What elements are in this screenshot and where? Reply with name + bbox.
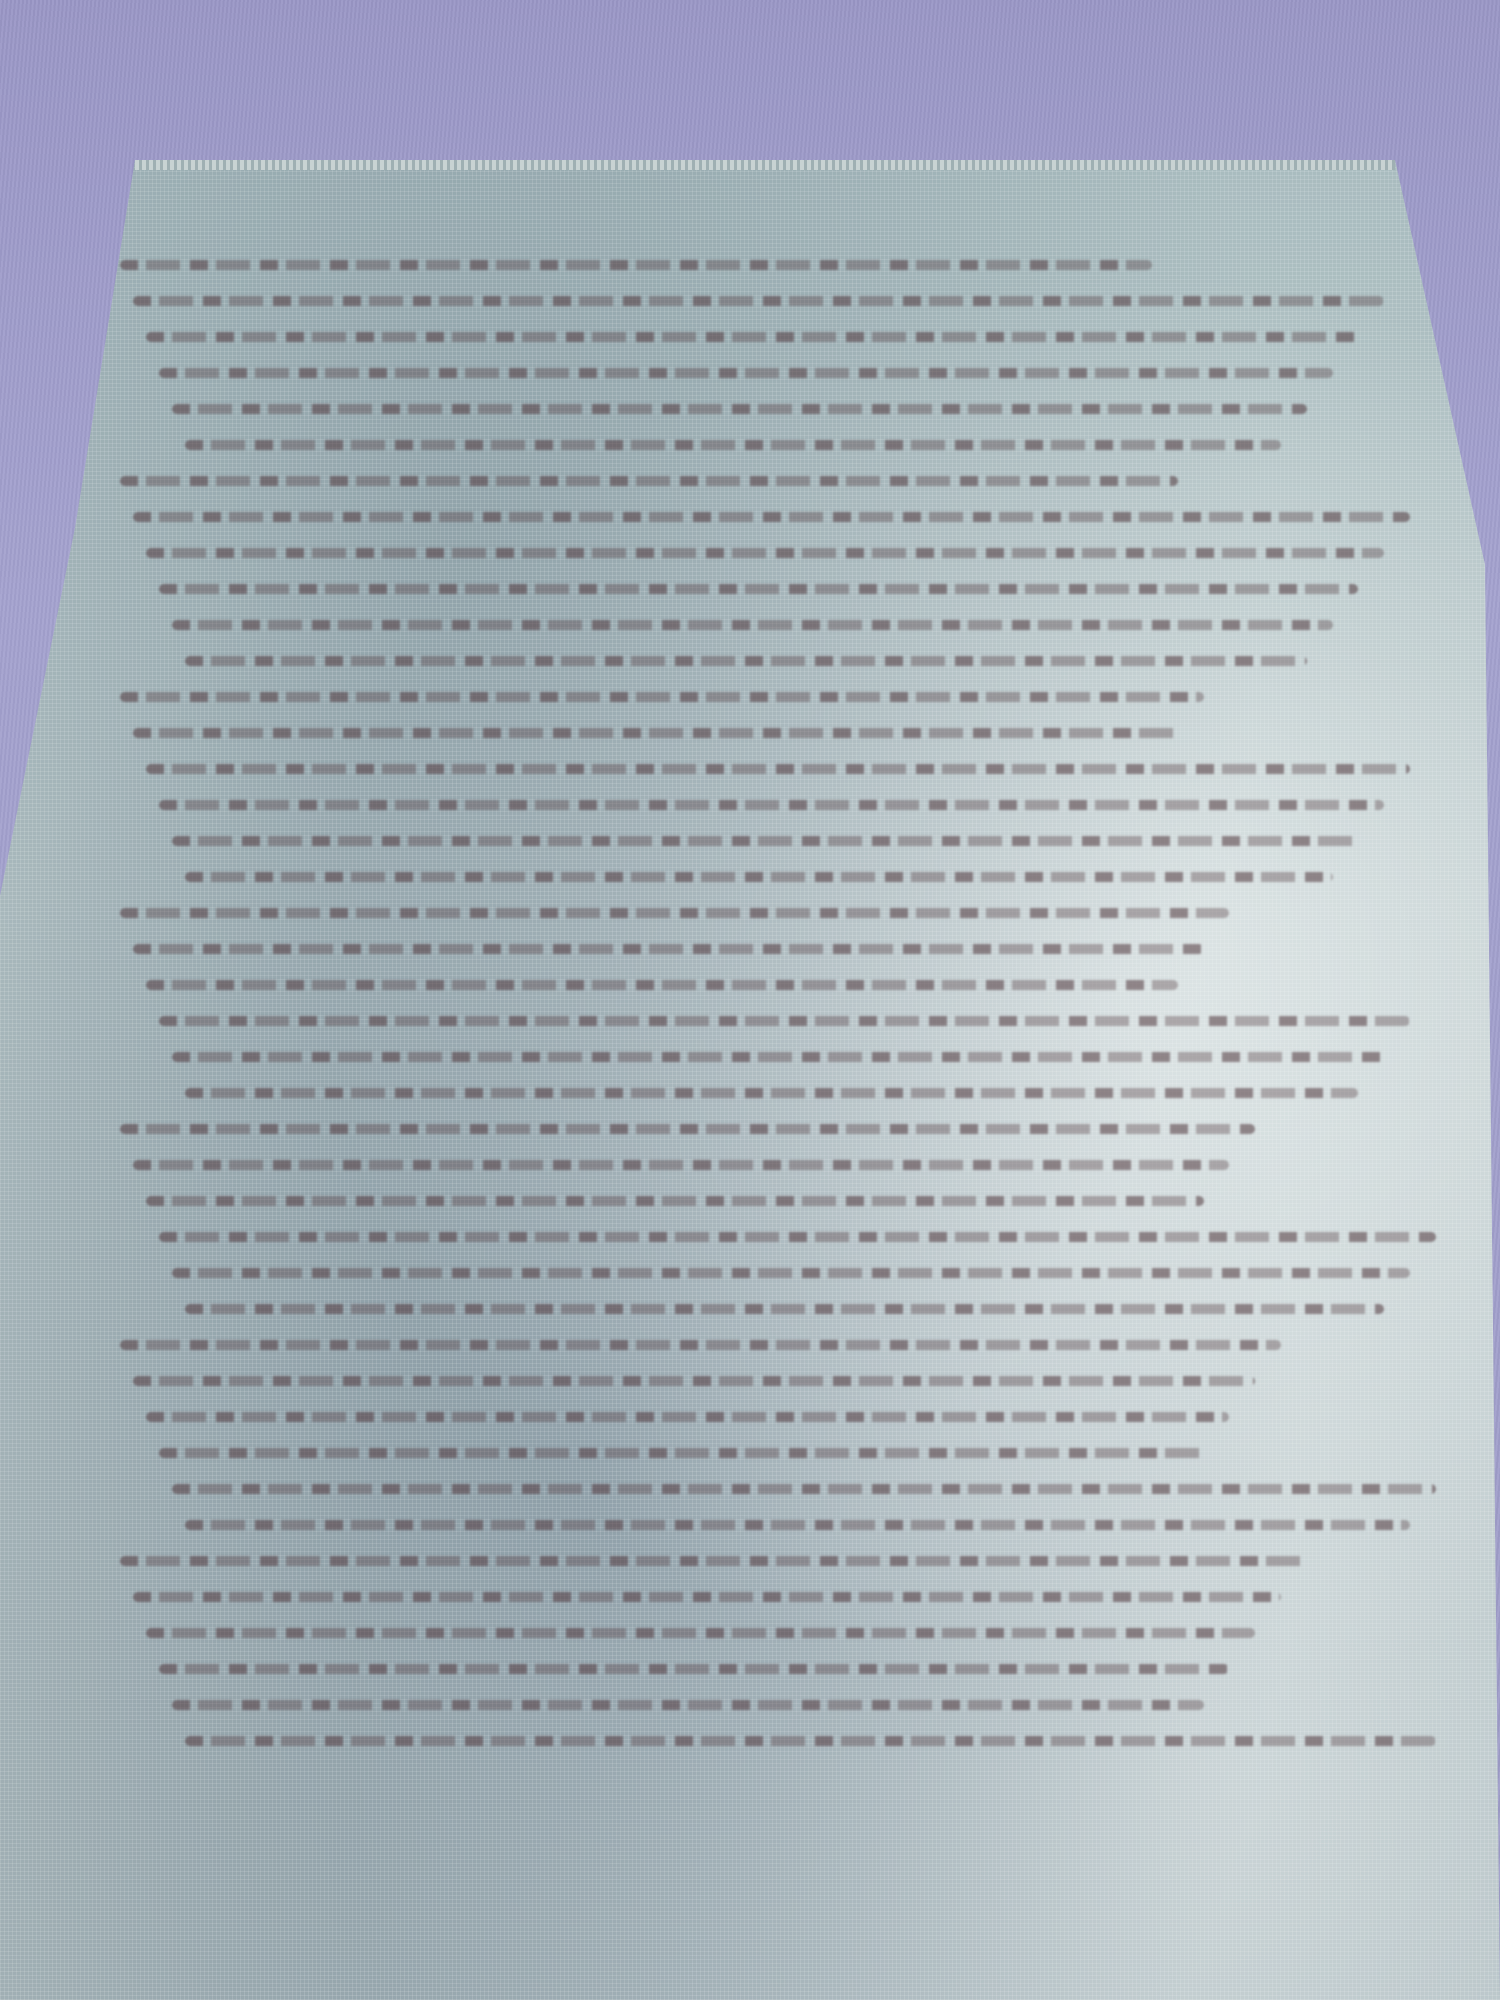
script-line <box>120 260 1152 270</box>
script-line <box>146 332 1359 342</box>
script-line <box>185 1520 1411 1530</box>
script-line <box>159 368 1333 378</box>
script-line <box>172 1484 1436 1494</box>
script-line <box>120 908 1229 918</box>
script-line <box>172 620 1333 630</box>
script-line <box>159 584 1359 594</box>
script-line <box>172 1268 1410 1278</box>
printed-fabric-panel <box>0 160 1500 2000</box>
script-line <box>159 1016 1410 1026</box>
script-line <box>146 980 1178 990</box>
script-line <box>120 1340 1281 1350</box>
script-line <box>185 872 1333 882</box>
script-line <box>185 1304 1385 1314</box>
script-line <box>146 764 1410 774</box>
script-line <box>133 296 1384 306</box>
script-line <box>185 440 1282 450</box>
script-line <box>159 800 1385 810</box>
script-line <box>133 1376 1255 1386</box>
script-line <box>146 1412 1230 1422</box>
script-line <box>159 1448 1204 1458</box>
script-line <box>133 1592 1281 1602</box>
script-line <box>120 476 1178 486</box>
script-line <box>185 1088 1359 1098</box>
script-line <box>146 1628 1255 1638</box>
script-line <box>120 1124 1255 1134</box>
script-line <box>172 1052 1385 1062</box>
script-line <box>133 728 1178 738</box>
script-line <box>159 1664 1230 1674</box>
script-line <box>120 692 1204 702</box>
script-line <box>172 836 1359 846</box>
script-line <box>159 1232 1436 1242</box>
handwritten-script-print <box>120 260 1410 1920</box>
script-line <box>172 1700 1204 1710</box>
serged-hem-edge <box>135 160 1395 170</box>
script-line <box>133 944 1204 954</box>
script-line <box>146 548 1384 558</box>
script-line <box>185 1736 1436 1746</box>
script-line <box>146 1196 1204 1206</box>
script-line <box>133 512 1410 522</box>
script-line <box>133 1160 1230 1170</box>
script-line <box>172 404 1307 414</box>
script-line <box>120 1556 1307 1566</box>
script-line <box>185 656 1307 666</box>
